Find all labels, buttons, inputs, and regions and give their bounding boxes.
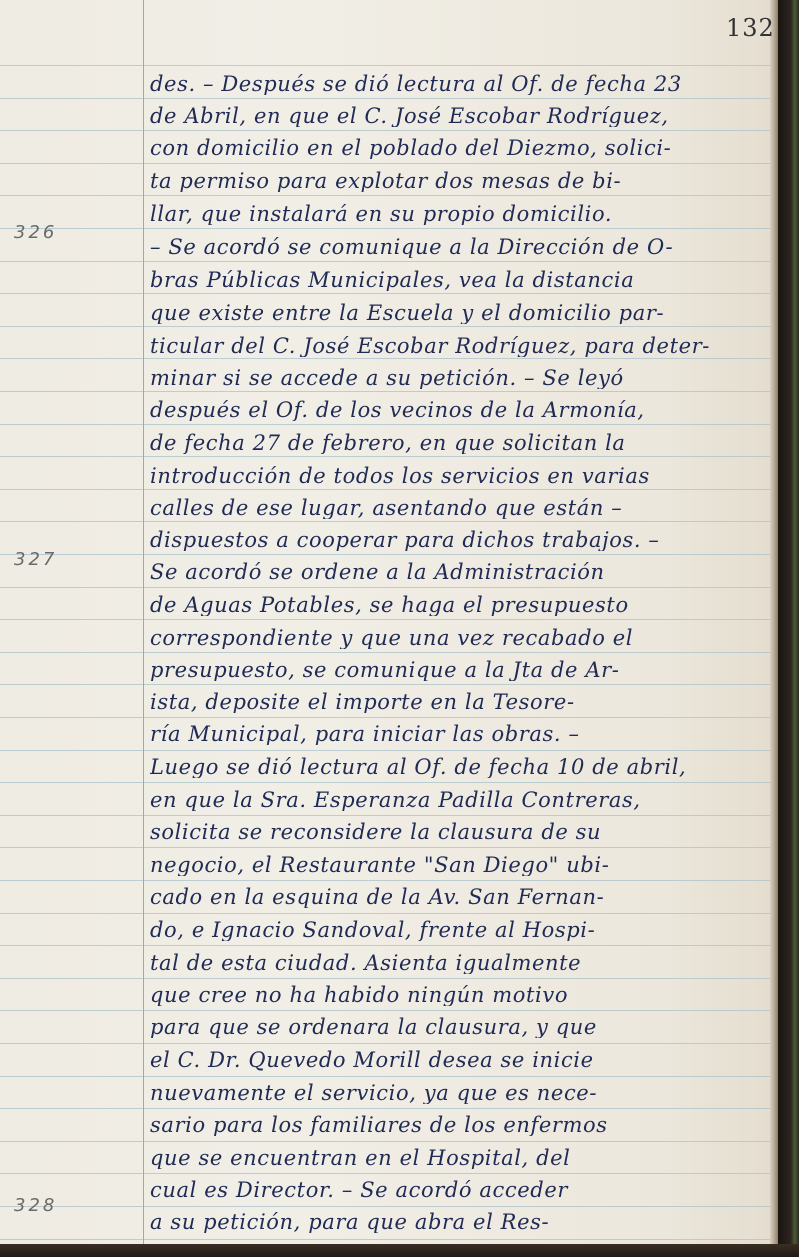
- text-line: correspondiente y que una vez recabado e…: [150, 628, 770, 649]
- ruled-line: [0, 521, 778, 522]
- ruled-line: [0, 913, 778, 914]
- ruled-line: [0, 1076, 778, 1077]
- ledger-page: 132 326 327 328 des. – Después se dió le…: [0, 0, 778, 1244]
- text-line: ista, deposite el importe en la Tesore-: [150, 692, 770, 713]
- margin-line: [143, 0, 144, 1244]
- ruled-line: [0, 782, 778, 783]
- ruled-line: [0, 163, 778, 164]
- entry-number-327: 327: [14, 549, 57, 570]
- text-line: cual es Director. – Se acordó acceder: [150, 1180, 770, 1201]
- book-binding: [778, 0, 799, 1257]
- ruled-line: [0, 195, 778, 196]
- text-line: de Abril, en que el C. José Escobar Rodr…: [150, 106, 770, 127]
- ruled-line: [0, 293, 778, 294]
- ruled-line: [0, 750, 778, 751]
- ruled-line: [0, 815, 778, 816]
- ruled-line: [0, 1108, 778, 1109]
- ruled-line: [0, 1043, 778, 1044]
- ruled-line: [0, 587, 778, 588]
- text-line: con domicilio en el poblado del Diezmo, …: [150, 138, 770, 159]
- text-line: de Aguas Potables, se haga el presupuest…: [150, 595, 770, 616]
- ruled-line: [0, 1239, 778, 1240]
- ruled-line: [0, 456, 778, 457]
- text-line: ticular del C. José Escobar Rodríguez, p…: [150, 336, 770, 357]
- ruled-line: [0, 619, 778, 620]
- ruled-line: [0, 391, 778, 392]
- ruled-line: [0, 358, 778, 359]
- text-line: de fecha 27 de febrero, en que solicitan…: [150, 433, 770, 454]
- ruled-line: [0, 847, 778, 848]
- text-line: ta permiso para explotar dos mesas de bi…: [150, 171, 770, 192]
- ruled-line: [0, 1010, 778, 1011]
- ruled-line: [0, 945, 778, 946]
- text-line: presupuesto, se comunique a la Jta de Ar…: [150, 660, 770, 681]
- text-line: ría Municipal, para iniciar las obras. –: [150, 724, 770, 745]
- ruled-line: [0, 717, 778, 718]
- text-line: después el Of. de los vecinos de la Armo…: [150, 400, 770, 421]
- ruled-line: [0, 554, 778, 555]
- text-line: minar si se accede a su petición. – Se l…: [150, 368, 770, 389]
- ruled-line: [0, 978, 778, 979]
- text-line: a su petición, para que abra el Res-: [150, 1212, 770, 1233]
- ruled-line: [0, 684, 778, 685]
- ruled-line: [0, 424, 778, 425]
- ruled-line: [0, 1173, 778, 1174]
- ruled-line: [0, 1206, 778, 1207]
- ruled-line: [0, 652, 778, 653]
- ruled-line: [0, 98, 778, 99]
- text-line: do, e Ignacio Sandoval, frente al Hospi-: [150, 920, 770, 941]
- text-line: calles de ese lugar, asentando que están…: [150, 498, 770, 519]
- ruled-line: [0, 326, 778, 327]
- ruled-line: [0, 65, 778, 66]
- entry-number-326: 326: [14, 222, 57, 243]
- text-line: llar, que instalará en su propio domicil…: [150, 204, 770, 225]
- ruled-line: [0, 261, 778, 262]
- ruled-line: [0, 880, 778, 881]
- text-line: que cree no ha habido ningún motivo: [150, 985, 770, 1006]
- text-line: sario para los familiares de los enfermo…: [150, 1115, 770, 1136]
- text-line: Luego se dió lectura al Of. de fecha 10 …: [150, 757, 770, 778]
- text-line: introducción de todos los servicios en v…: [150, 466, 770, 487]
- page-bottom-shadow: [0, 1244, 799, 1257]
- text-line: el C. Dr. Quevedo Morill desea se inicie: [150, 1050, 770, 1071]
- text-line: bras Públicas Municipales, vea la distan…: [150, 270, 770, 291]
- text-line: nuevamente el servicio, ya que es nece-: [150, 1083, 770, 1104]
- ruled-line: [0, 1141, 778, 1142]
- text-line: solicita se reconsidere la clausura de s…: [150, 822, 770, 843]
- ruled-line: [0, 228, 778, 229]
- text-line: negocio, el Restaurante "San Diego" ubi-: [150, 855, 770, 876]
- text-line: que existe entre la Escuela y el domicil…: [150, 303, 770, 324]
- ruled-line: [0, 489, 778, 490]
- text-line: des. – Después se dió lectura al Of. de …: [150, 74, 770, 95]
- entry-number-328: 328: [14, 1195, 57, 1216]
- text-line: tal de esta ciudad. Asienta igualmente: [150, 953, 770, 974]
- text-line: – Se acordó se comunique a la Dirección …: [150, 237, 770, 258]
- text-line: que se encuentran en el Hospital, del: [150, 1148, 770, 1169]
- text-line: cado en la esquina de la Av. San Fernan-: [150, 887, 770, 908]
- text-line: en que la Sra. Esperanza Padilla Contrer…: [150, 790, 770, 811]
- page-edge: [770, 0, 778, 1244]
- ledger-scan: 132 326 327 328 des. – Después se dió le…: [0, 0, 799, 1257]
- text-line: para que se ordenara la clausura, y que: [150, 1017, 770, 1038]
- text-line: Se acordó se ordene a la Administración: [150, 562, 770, 583]
- ruled-line: [0, 130, 778, 131]
- text-line: dispuestos a cooperar para dichos trabaj…: [150, 530, 770, 551]
- page-number: 132: [726, 14, 775, 42]
